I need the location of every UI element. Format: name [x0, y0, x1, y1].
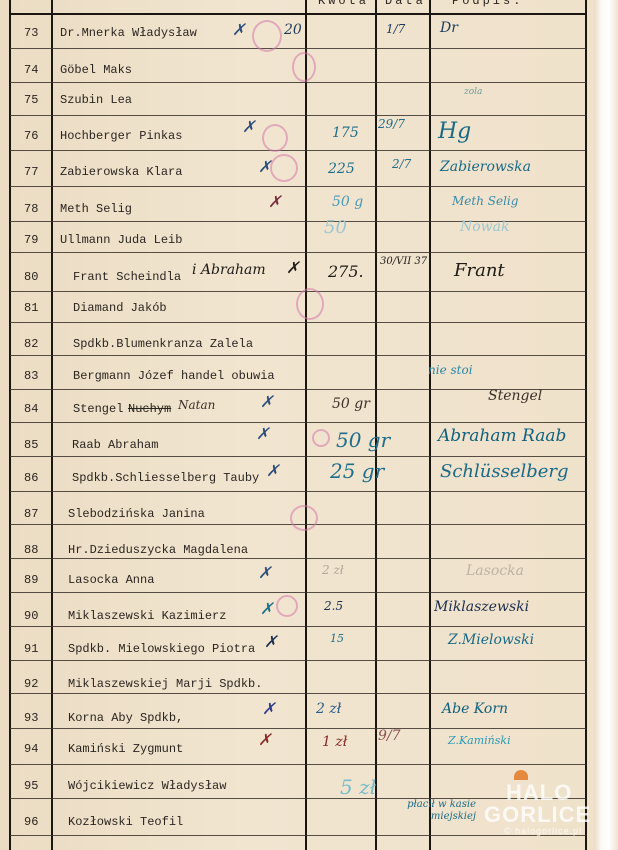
header-rule [10, 13, 586, 15]
row-name: Spdkb.Schliesselberg Tauby [72, 471, 259, 485]
row-signature: Schlüsselberg [440, 461, 569, 482]
row-number: 93 [24, 711, 38, 725]
row-signature: Nowak [460, 219, 510, 235]
row-amount: 5 zł [340, 775, 376, 799]
stamp-mark [262, 124, 288, 152]
row-date: 9/7 [378, 728, 401, 744]
check-mark-icon: ✗ [264, 632, 277, 651]
watermark-line2: GORLICE [484, 802, 591, 828]
row-amount: 2 zł [322, 563, 344, 577]
check-mark-icon: ✗ [232, 20, 245, 39]
row-name: Spdkb. Mielowskiego Piotra [68, 642, 255, 656]
row-amount: 15 [330, 632, 344, 645]
row-name: Bergmann Józef handel obuwia [73, 369, 275, 383]
stamp-mark [290, 505, 318, 531]
row-amount: 275. [328, 262, 364, 281]
header-date: Data [385, 0, 426, 8]
row-rule [10, 48, 586, 49]
row-number: 95 [24, 779, 38, 793]
check-mark-icon: ✗ [260, 599, 273, 618]
row-number: 83 [24, 369, 38, 383]
row-rule [10, 693, 586, 694]
row-rule [10, 456, 586, 457]
check-mark-icon: ✗ [258, 730, 271, 749]
watermark-logo: HALO GORLICE © halogorlice.pl [478, 770, 606, 838]
stamp-mark [312, 429, 330, 447]
check-mark-icon: ✗ [258, 563, 271, 582]
row-signature: płacił w kasie miejskiej [380, 799, 476, 823]
row-name: Miklaszewskiej Marji Spdkb. [68, 677, 262, 691]
row-name: Diamand Jakób [73, 301, 167, 315]
row-rule [10, 82, 586, 83]
date-column-divider [429, 0, 431, 850]
row-rule [10, 626, 586, 627]
sun-icon [514, 770, 528, 780]
check-mark-icon: ✗ [260, 392, 273, 411]
left-border [9, 0, 11, 850]
row-name: Frant Scheindla [73, 270, 181, 284]
row-name: Raab Abraham [72, 438, 158, 452]
row-signature: Meth Selig [452, 194, 518, 208]
check-mark-icon: ✗ [242, 117, 255, 136]
row-name: Ullmann Juda Leib [60, 233, 182, 247]
row-signature: Lasocka [466, 563, 524, 579]
row-name: Szubin Lea [60, 93, 132, 107]
row-name: Göbel Maks [60, 63, 132, 77]
check-mark-icon: ✗ [256, 424, 269, 443]
document-page: Kwota Data Podpis: 73 Dr.Mnerka Władysła… [0, 0, 618, 850]
row-rule [10, 115, 586, 116]
right-border [585, 0, 587, 850]
check-mark-icon: ✗ [266, 461, 279, 480]
paper-edge [594, 0, 618, 850]
row-rule [10, 322, 586, 323]
row-name: Zabierowska Klara [60, 165, 182, 179]
row-rule [10, 592, 586, 593]
row-amount: 50 gr [332, 396, 370, 412]
row-number: 92 [24, 677, 38, 691]
header-signature: Podpis: [452, 0, 523, 8]
row-name: Hochberger Pinkas [60, 129, 182, 143]
check-mark-icon: ✗ [262, 699, 275, 718]
row-rule [10, 186, 586, 187]
row-signature: nie stoi [428, 363, 473, 377]
row-number: 96 [24, 815, 38, 829]
row-number: 74 [24, 63, 38, 77]
row-number: 87 [24, 507, 38, 521]
row-rule [10, 355, 586, 356]
row-name: Korna Aby Spdkb, [68, 711, 183, 725]
name-annotation: Natan [178, 398, 215, 412]
row-number: 85 [24, 438, 38, 452]
row-rule [10, 660, 586, 661]
row-amount: 50 g [332, 194, 363, 210]
row-number: 94 [24, 742, 38, 756]
row-date: 30/VII 37 [380, 256, 427, 267]
row-amount: 2 zł [316, 701, 341, 717]
row-name: Spdkb.Blumenkranza Zalela [73, 337, 253, 351]
row-name: Miklaszewski Kazimierz [68, 609, 226, 623]
row-date: 2/7 [392, 157, 411, 171]
row-number: 79 [24, 233, 38, 247]
check-mark-icon: ✗ [268, 192, 281, 211]
row-number: 84 [24, 402, 38, 416]
row-amount: 50 gr [336, 428, 390, 452]
row-amount: 1 zł [322, 734, 347, 750]
row-rule [10, 291, 586, 292]
watermark-url: © halogorlice.pl [504, 826, 582, 836]
row-amount: 175 [332, 125, 359, 141]
row-number: 73 [24, 26, 38, 40]
row-amount: 25 gr [330, 459, 384, 483]
row-number: 89 [24, 573, 38, 587]
row-rule [10, 491, 586, 492]
stamp-mark [252, 20, 282, 52]
row-signature: Dr [440, 20, 458, 36]
row-number: 75 [24, 93, 38, 107]
row-amount: 2.5 [324, 599, 343, 613]
stamp-mark [270, 154, 298, 182]
row-signature: Miklaszewski [434, 599, 529, 615]
row-number: 91 [24, 642, 38, 656]
row-signature: Abe Korn [442, 701, 508, 717]
row-number: 78 [24, 202, 38, 216]
row-amount: 225 [328, 161, 355, 177]
row-rule [10, 728, 586, 729]
header-amount: Kwota [318, 0, 369, 8]
row-amount: 20 [284, 22, 302, 38]
row-signature: Frant [454, 260, 505, 281]
row-number: 81 [24, 301, 38, 315]
number-column-divider [51, 0, 53, 850]
name-annotation: i Abraham [192, 262, 266, 278]
stamp-mark [292, 52, 316, 82]
row-name: Meth Selig [60, 202, 132, 216]
row-name: Dr.Mnerka Władysław [60, 26, 197, 40]
stamp-mark [296, 288, 324, 320]
row-number: 80 [24, 270, 38, 284]
row-signature: Zabierowska [440, 159, 531, 175]
row-signature: Abraham Raab [438, 426, 566, 446]
row-date: 29/7 [378, 117, 405, 131]
row-rule [10, 422, 586, 423]
row-name: Lasocka Anna [68, 573, 154, 587]
row-signature: Stengel [488, 388, 542, 404]
check-mark-icon: ✗ [258, 157, 271, 176]
row-signature: Z.Kamiński [448, 734, 511, 747]
row-name: Stengel [73, 402, 123, 416]
row-name: Wójcikiewicz Władysław [68, 779, 226, 793]
row-number: 82 [24, 337, 38, 351]
row-number: 77 [24, 165, 38, 179]
row-number: 88 [24, 543, 38, 557]
row-number: 86 [24, 471, 38, 485]
check-mark-icon: ✗ [286, 258, 299, 277]
row-rule [10, 252, 586, 253]
row-signature: Z.Mielowski [448, 632, 534, 648]
name-column-divider [305, 0, 307, 850]
row-amount: 50 [324, 217, 347, 238]
row-number: 76 [24, 129, 38, 143]
row-name: Slebodzińska Janina [68, 507, 205, 521]
row-name: Hr.Dzieduszycka Magdalena [68, 543, 248, 557]
row-number: 90 [24, 609, 38, 623]
row-date: 1/7 [386, 22, 405, 36]
row-signature: Hg [438, 119, 471, 144]
row-signature: zola [464, 87, 482, 97]
row-name: Kozłowski Teofil [68, 815, 183, 829]
amount-column-divider [375, 0, 377, 850]
row-rule [10, 558, 586, 559]
row-rule [10, 764, 586, 765]
struck-name: Nuchym [128, 402, 171, 416]
row-name: Kamiński Zygmunt [68, 742, 183, 756]
row-rule [10, 150, 586, 151]
stamp-mark [276, 595, 298, 617]
